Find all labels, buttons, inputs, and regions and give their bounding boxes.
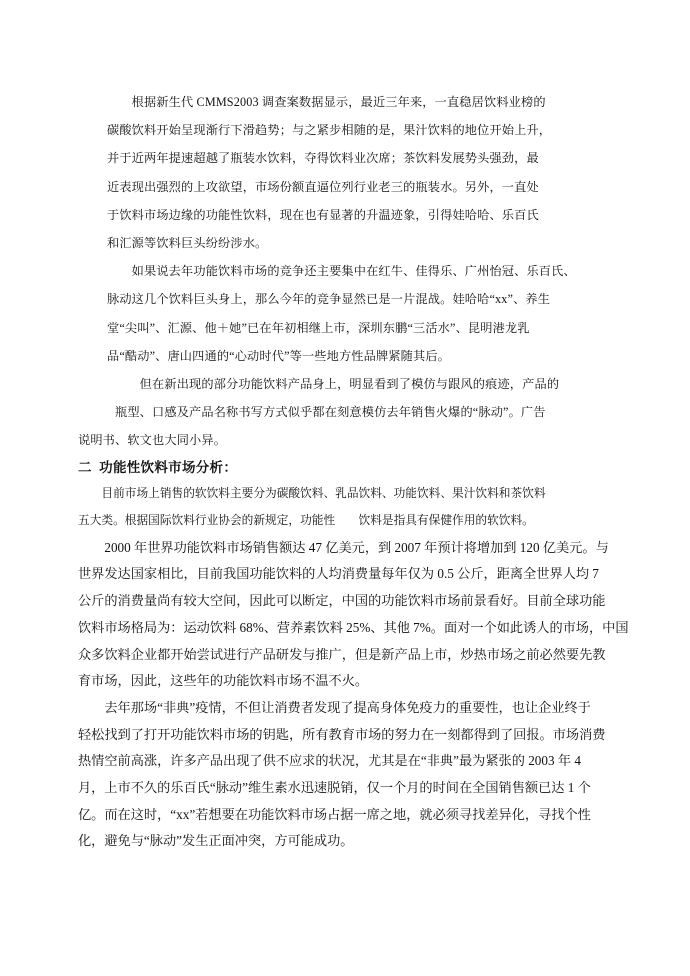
analysis-section-body: 目前市场上销售的软饮料主要分为碳酸饮料、乳品饮料、功能饮料、果汁饮料和茶饮料五大… [78, 481, 610, 855]
text-line: 瓶型、口感及产品名称书写方式似乎都在刻意模仿去年销售火爆的“脉动”。广告 [78, 398, 610, 426]
text-line: 众多饮料企业都开始尝试进行产品研发与推广，但是新产品上市，炒热市场之前必然要先教 [78, 642, 610, 669]
text-line: 但在新出现的部分功能饮料产品身上，明显看到了模仿与跟风的痕迹，产品的 [78, 370, 610, 398]
paragraph: 目前市场上销售的软饮料主要分为碳酸饮料、乳品饮料、功能饮料、果汁饮料和茶饮料五大… [78, 481, 610, 534]
text-line: 并于近两年提速超越了瓶装水饮料，夺得饮料业次席；茶饮料发展势头强劲，最 [107, 144, 610, 172]
text-line: 根据新生代 CMMS2003 调查案数据显示，最近三年来，一直稳居饮料业榜的 [107, 88, 610, 116]
paragraph: 如果说去年功能饮料市场的竞争还主要集中在红牛、佳得乐、广州怡冠、乐百氏、脉动这几… [107, 257, 610, 370]
text-line: 于饮料市场边缘的功能性饮料，现在也有显著的升温迹象，引得娃哈哈、乐百氏 [107, 201, 610, 229]
text-line: 热情空前高涨，许多产品出现了供不应求的状况，尤其是在“非典”最为紧张的 2003… [78, 748, 610, 775]
text-line: 如果说去年功能饮料市场的竞争还主要集中在红牛、佳得乐、广州怡冠、乐百氏、 [107, 257, 610, 285]
paragraph: 去年那场“非典”疫情，不但让消费者发现了提高身体免疫力的重要性，也让企业终于轻松… [78, 695, 610, 855]
text-line: 公斤的消费量尚有较大空间，因此可以断定，中国的功能饮料市场前景看好。目前全球功能 [78, 588, 610, 615]
intro-section: 根据新生代 CMMS2003 调查案数据显示，最近三年来，一直稳居饮料业榜的碳酸… [78, 88, 610, 455]
text-line: 和汇源等饮料巨头纷纷涉水。 [107, 229, 610, 257]
text-line: 近表现出强烈的上攻欲望，市场份额直逼位列行业老三的瓶装水。另外，一直处 [107, 173, 610, 201]
paragraph: 但在新出现的部分功能饮料产品身上，明显看到了模仿与跟风的痕迹，产品的 瓶型、口感… [78, 370, 610, 455]
text-line: 化，避免与“脉动”发生正面冲突，方可能成功。 [78, 828, 610, 855]
analysis-section: 二 功能性饮料市场分析： 目前市场上销售的软饮料主要分为碳酸饮料、乳品饮料、功能… [78, 455, 610, 856]
text-line: 育市场，因此，这些年的功能饮料市场不温不火。 [78, 668, 610, 695]
text-line: 脉动这几个饮料巨头身上，那么今年的竞争显然已是一片混战。娃哈哈“xx”、养生 [107, 285, 610, 313]
text-line: 五大类。根据国际饮料行业协会的新规定，功能性 饮料是指具有保健作用的软饮料。 [78, 508, 610, 535]
text-line: 亿。而在这时，“xx”若想要在功能饮料市场占据一席之地，就必须寻找差异化，寻找个… [78, 802, 610, 829]
text-line: 饮料市场格局为：运动饮料 68%、营养素饮料 25%、其他 7%。面对一个如此诱… [78, 615, 610, 642]
text-line: 2000 年世界功能饮料市场销售额达 47 亿美元，到 2007 年预计将增加到… [78, 535, 610, 562]
text-line: 碳酸饮料开始呈现渐行下滑趋势；与之紧步相随的是，果汁饮料的地位开始上升， [107, 116, 610, 144]
text-line: 目前市场上销售的软饮料主要分为碳酸饮料、乳品饮料、功能饮料、果汁饮料和茶饮料 [78, 481, 610, 508]
text-line: 世界发达国家相比，目前我国功能饮料的人均消费量每年仅为 0.5 公斤，距离全世界… [78, 561, 610, 588]
text-line: 轻松找到了打开功能饮料市场的钥匙，所有教育市场的努力在一刻都得到了回报。市场消费 [78, 722, 610, 749]
section-heading: 二 功能性饮料市场分析： [78, 455, 610, 482]
text-line: 品“酷动”、唐山四通的“心动时代”等一些地方性品牌紧随其后。 [107, 342, 610, 370]
document-page: 根据新生代 CMMS2003 调查案数据显示，最近三年来，一直稳居饮料业榜的碳酸… [0, 0, 690, 976]
text-line: 堂“尖叫”、汇源、他＋她”已在年初相继上市，深圳东鹏“三活水”、昆明港龙乳 [107, 314, 610, 342]
paragraph: 2000 年世界功能饮料市场销售额达 47 亿美元，到 2007 年预计将增加到… [78, 535, 610, 695]
text-line: 去年那场“非典”疫情，不但让消费者发现了提高身体免疫力的重要性，也让企业终于 [78, 695, 610, 722]
paragraph: 根据新生代 CMMS2003 调查案数据显示，最近三年来，一直稳居饮料业榜的碳酸… [107, 88, 610, 257]
text-line: 月，上市不久的乐百氏“脉动”维生素水迅速脱销，仅一个月的时间在全国销售额已达 1… [78, 775, 610, 802]
text-line: 说明书、软文也大同小异。 [78, 426, 610, 454]
